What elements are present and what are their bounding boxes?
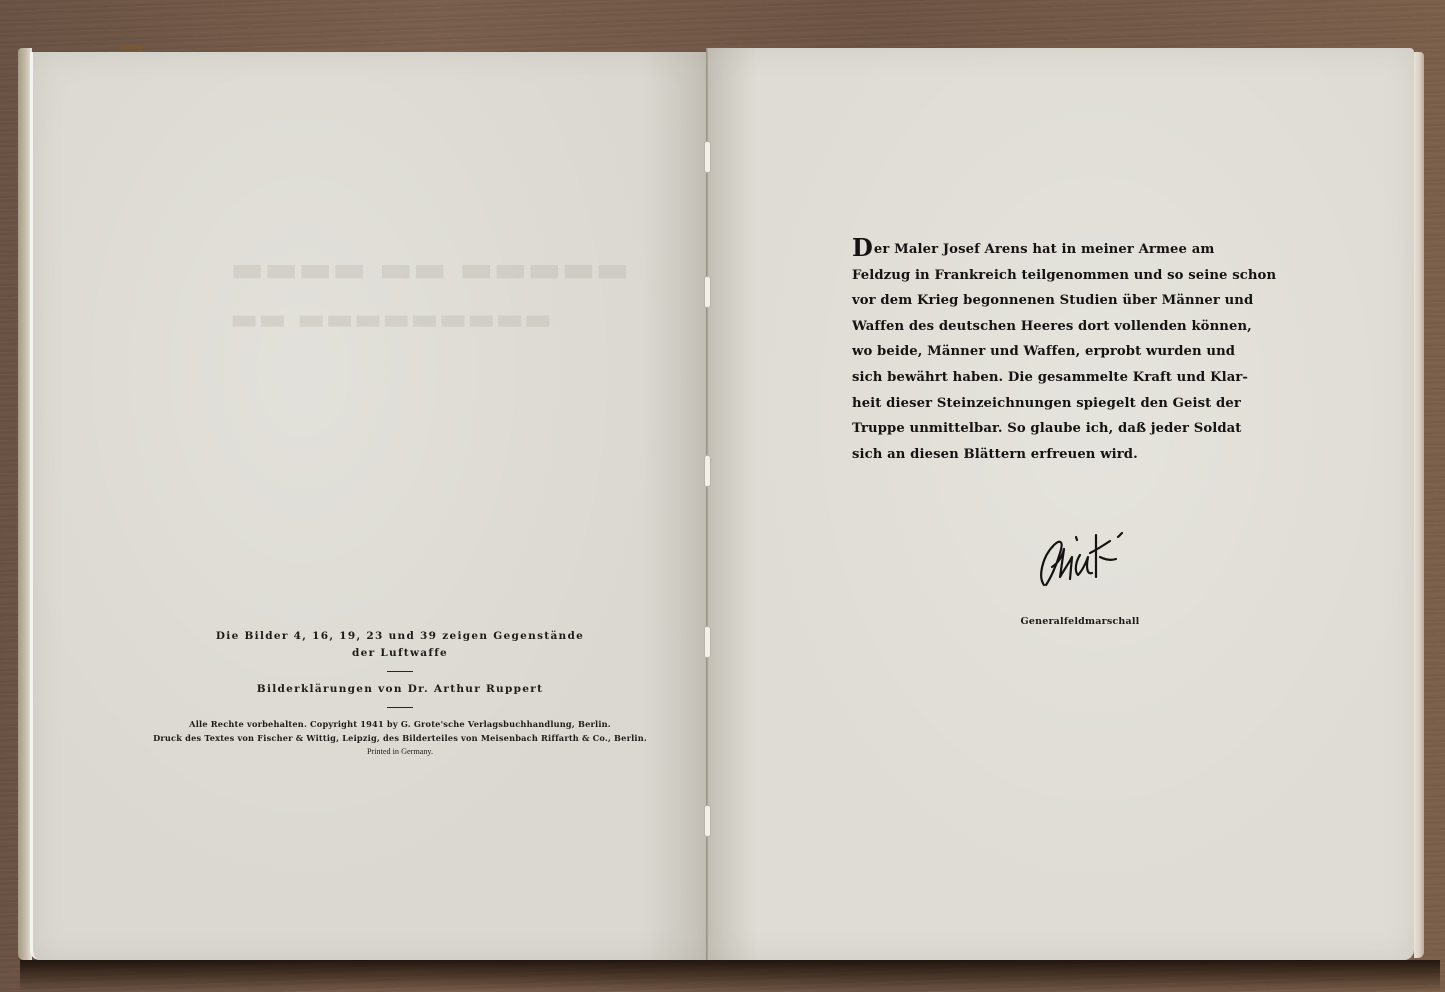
open-book bbox=[18, 40, 1436, 968]
binding-stitch bbox=[704, 455, 711, 487]
divider-rule bbox=[387, 671, 413, 672]
printed-in-germany: Printed in Germany. bbox=[150, 745, 650, 759]
picture-note-line-1: Die Bilder 4, 16, 19, 23 und 39 zeigen G… bbox=[150, 628, 650, 645]
signature-icon bbox=[1030, 527, 1130, 597]
foreword-line: Der Maler Josef Arens hat in meiner Arme… bbox=[852, 237, 1192, 263]
foreword-line: heit dieser Steinzeichnungen spiegelt de… bbox=[852, 391, 1192, 417]
page-edges bbox=[1414, 52, 1424, 958]
foreword-text: Der Maler Josef Arens hat in meiner Arme… bbox=[852, 237, 1192, 467]
rights-line-2: Druck des Textes von Fischer & Wittig, L… bbox=[150, 731, 650, 745]
foreword-line: Waffen des deutschen Heeres dort vollend… bbox=[852, 314, 1192, 340]
right-page bbox=[708, 48, 1414, 960]
rights-line-1: Alle Rechte vorbehalten. Copyright 1941 … bbox=[150, 717, 650, 731]
binding-stitch bbox=[704, 805, 711, 837]
show-through-ghost: ▬▬ ▬▬▬▬▬▬▬▬▬ bbox=[230, 302, 552, 337]
signatory-title: Generalfeldmarschall bbox=[980, 616, 1180, 627]
picture-note-line-2: der Luftwaffe bbox=[150, 645, 650, 662]
foreword-line: sich an diesen Blättern erfreuen wird. bbox=[852, 442, 1192, 468]
foreword-line: vor dem Krieg begonnenen Studien über Mä… bbox=[852, 288, 1192, 314]
divider-rule bbox=[387, 707, 413, 708]
foreword-line: Truppe unmittelbar. So glaube ich, daß j… bbox=[852, 416, 1192, 442]
left-page bbox=[30, 52, 709, 960]
drop-cap: D bbox=[852, 233, 873, 262]
show-through-ghost: ▬▬▬▬ ▬▬ ▬▬▬▬▬ bbox=[230, 248, 629, 290]
foreword-line: Feldzug in Frankreich teilgenommen und s… bbox=[852, 263, 1192, 289]
binding-stitch bbox=[704, 626, 711, 658]
captions-credit: Bilderklärungen von Dr. Arthur Ruppert bbox=[150, 681, 650, 698]
binding-stitch bbox=[704, 276, 711, 308]
binding-stitch bbox=[704, 141, 711, 173]
foreword-line: sich bewährt haben. Die gesammelte Kraft… bbox=[852, 365, 1192, 391]
foreword-line: wo beide, Männer und Waffen, erprobt wur… bbox=[852, 339, 1192, 365]
cover-wear-mark bbox=[120, 45, 142, 49]
imprint-block: Die Bilder 4, 16, 19, 23 und 39 zeigen G… bbox=[150, 628, 650, 759]
